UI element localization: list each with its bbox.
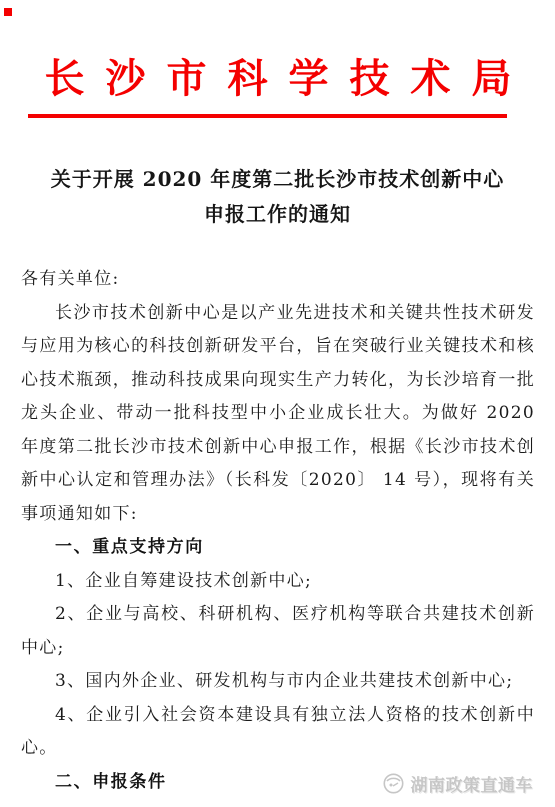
agency-letterhead-title: 长沙市科学技术局 <box>0 59 555 99</box>
wechat-account-logo-icon <box>383 773 404 794</box>
document-title: 关于开展 2020 年度第二批长沙市技术创新中心 申报工作的通知 <box>0 162 555 232</box>
document-title-line1: 关于开展 2020 年度第二批长沙市技术创新中心 <box>0 162 555 197</box>
watermark: 湖南政策直通车 <box>383 771 534 796</box>
list-item: 1、企业自筹建设技术创新中心; <box>21 565 535 599</box>
document-title-line2: 申报工作的通知 <box>0 197 555 232</box>
section-1-heading: 一、重点支持方向 <box>21 531 535 565</box>
list-item: 2、企业与高校、科研机构、医疗机构等联合共建技术创新中心; <box>21 598 535 665</box>
intro-paragraph: 长沙市技术创新中心是以产业先进技术和关键共性技术研发与应用为核心的科技创新研发平… <box>21 297 535 532</box>
letterhead-divider-rule <box>28 114 507 118</box>
document-page: 长沙市科学技术局 关于开展 2020 年度第二批长沙市技术创新中心 申报工作的通… <box>0 0 555 807</box>
list-item: 4、企业引入社会资本建设具有独立法人资格的技术创新中心。 <box>21 699 535 766</box>
corner-red-mark <box>4 8 12 16</box>
watermark-label: 湖南政策直通车 <box>411 771 534 796</box>
salutation: 各有关单位: <box>21 263 535 297</box>
list-item: 3、国内外企业、研发机构与市内企业共建技术创新中心; <box>21 665 535 699</box>
document-body: 各有关单位: 长沙市技术创新中心是以产业先进技术和关键共性技术研发与应用为核心的… <box>21 263 535 799</box>
